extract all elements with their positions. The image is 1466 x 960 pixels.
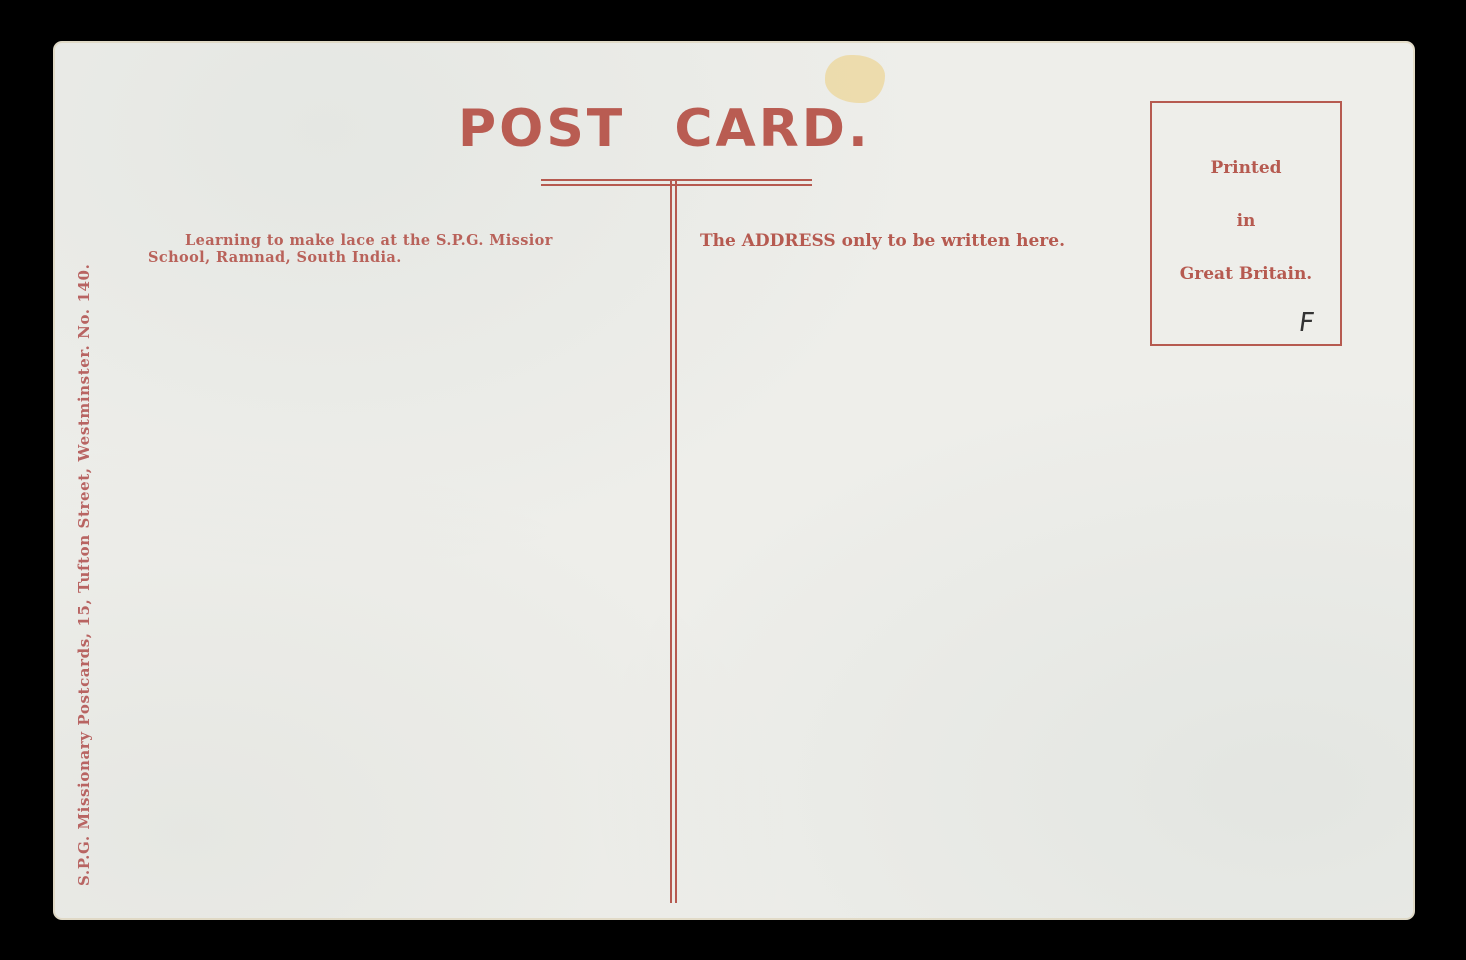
post-card-title: POST CARD.	[458, 99, 871, 159]
stamp-box-line-1: Printed	[1152, 158, 1340, 178]
picture-caption: Learning to make lace at the S.P.G. Miss…	[148, 232, 653, 266]
caption-line-1: Learning to make lace at the S.P.G. Miss…	[148, 232, 653, 249]
stamp-box-line-2: in	[1152, 211, 1340, 231]
publisher-sidetext: S.P.G. Missionary Postcards, 15, Tufton …	[75, 264, 93, 886]
caption-line-2: School, Ramnad, South India.	[148, 249, 653, 266]
address-instruction: The ADDRESS only to be written here.	[700, 231, 1065, 251]
paper-stain	[825, 55, 885, 103]
handwritten-mark: F	[1297, 308, 1316, 338]
divider-line-right	[675, 181, 677, 903]
postcard-back: POST CARD. Learning to make lace at the …	[53, 41, 1415, 920]
stamp-box: Printed in Great Britain. F	[1150, 101, 1342, 346]
divider-line-left	[670, 181, 672, 903]
stamp-box-line-3: Great Britain.	[1152, 264, 1340, 284]
